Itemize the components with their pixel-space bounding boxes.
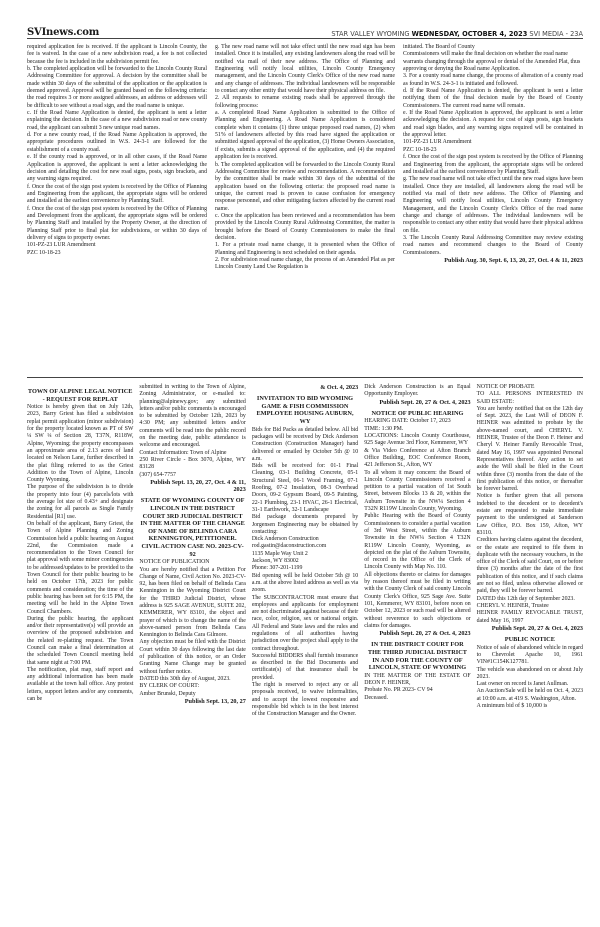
notice-paragraph: submitted in writing to the Town of Alpi… xyxy=(139,384,245,450)
page-header: SVInews.com STAR VALLEY WYOMING WEDNESDA… xyxy=(27,24,583,39)
notice-paragraph: To all whom it may concern: the Board of… xyxy=(364,470,470,514)
notice-paragraph: TIME: 1:30 PM. xyxy=(364,426,470,433)
notice-paragraph: LOCATIONS: Lincoln County Courthouse, 92… xyxy=(364,433,470,448)
notice-paragraph: DATED this 30th day of August, 2023. xyxy=(139,676,245,683)
bottom-column-3: & Oct. 4, 2023 INVITATION TO BID WYOMING… xyxy=(252,384,358,719)
notice-paragraph: Bids for Bid Packs as detailed below. Al… xyxy=(252,427,358,463)
notice-heading: IN THE DISTRICT COURT FOR THE THIRD JUDI… xyxy=(364,641,470,671)
bottom-column-4: Dick Anderson Construction is an Equal O… xyxy=(364,384,470,719)
notice-paragraph: f. Once the cost of the sign post system… xyxy=(27,184,207,206)
notice-paragraph: The SUBCONTRACTOR must ensure that emplo… xyxy=(252,595,358,653)
notice-heading: STATE OF WYOMING COUNTY OF LINCOLN IN TH… xyxy=(139,497,245,558)
notice-paragraph: f. Once the cost of the sign post system… xyxy=(403,154,583,176)
notice-paragraph: IN THE MATTER OF THE ESTATE OF DEON F. H… xyxy=(364,673,470,688)
notice-paragraph: b. The completed application will be for… xyxy=(27,66,207,110)
notice-paragraph: f. Once the cost of the sign post system… xyxy=(27,206,207,243)
notice-paragraph: warrants changing through the approval o… xyxy=(403,59,583,66)
notice-paragraph: DATED this 12th day of September 2023. xyxy=(477,596,583,603)
notice-paragraph: Bid opening will be held October 5th @ 1… xyxy=(252,573,358,595)
notice-paragraph: All objections thereto or claims for dam… xyxy=(364,572,470,630)
top-column-1: required application fee is received. If… xyxy=(27,44,207,272)
notice-paragraph: g. The new road name will not take effec… xyxy=(403,176,583,235)
notice-paragraph: Notice is further given that all persons… xyxy=(477,493,583,537)
notice-paragraph: 2. All requests to rename existing roads… xyxy=(215,95,395,110)
notice-paragraph: rod.gastin@daconstruction.com xyxy=(252,543,358,550)
notice-paragraph: Dick Anderson Construction xyxy=(252,536,358,543)
notice-heading: INVITATION TO BID WYOMING GAME & FISH CO… xyxy=(252,395,358,425)
notice-paragraph: e. If the county road is approved, or in… xyxy=(27,154,207,183)
publish-line: Publish Sept. 13, 20, 27, Oct. 4 & 11, 2… xyxy=(139,479,245,494)
publish-line: Publish Aug. 30, Sept. 6, 13, 20, 27, Oc… xyxy=(403,257,583,264)
notice-paragraph: Public Hearing with the Board of County … xyxy=(364,513,470,571)
bottom-column-2: submitted in writing to the Town of Alpi… xyxy=(139,384,245,719)
notice-heading: PUBLIC NOTICE xyxy=(477,636,583,644)
notice-paragraph: (307) 654-7757 xyxy=(139,472,245,479)
site-name[interactable]: SVInews.com xyxy=(27,27,99,38)
publish-line: Publish Sept. 20, 27 & Oct. 4, 2023 xyxy=(364,630,470,637)
notice-paragraph: 3. For a county road name change, the pr… xyxy=(403,73,583,88)
notice-paragraph: a. A completed Road Name Application is … xyxy=(215,110,395,161)
notice-paragraph: A minimum bid of $ 10,000 is xyxy=(477,703,583,710)
notice-paragraph: NOTICE OF PUBLICATION xyxy=(139,559,245,566)
legal-notices: TOWN OF ALPINE LEGAL NOTICE - REQUEST FO… xyxy=(27,384,583,719)
notice-paragraph: 2. For subdivision road name change, the… xyxy=(215,257,395,272)
notice-paragraph: e. If the Road Name Application is appro… xyxy=(403,110,583,139)
notice-paragraph: 3. The Lincoln County Rural Addressing C… xyxy=(403,235,583,257)
notice-paragraph: Dick Anderson Construction is an Equal O… xyxy=(364,384,470,399)
notice-paragraph: Bid package documents prepared by Jorgen… xyxy=(252,514,358,536)
notice-paragraph: You are hereby notified that on the 12th… xyxy=(477,406,583,494)
notice-paragraph: Notice of sale of abandoned vehicle in r… xyxy=(477,645,583,667)
notice-paragraph: HEARING DATE: October 17, 2023 xyxy=(364,418,470,425)
publish-line: Publish Sept. 13, 20, 27 xyxy=(139,698,245,705)
notice-paragraph: Any objection must be filed with the Dis… xyxy=(139,639,245,675)
notice-paragraph: 250 River Circle - Box 3070, Alpine, WY … xyxy=(139,457,245,472)
notice-paragraph: Amber Brunski, Deputy xyxy=(139,691,245,698)
notice-paragraph: Jackson, WY 83002 xyxy=(252,558,358,565)
top-column-3: initiated. The Board of CountyCommission… xyxy=(403,44,583,272)
notice-paragraph: Commissioners will make the final decisi… xyxy=(403,51,583,58)
notice-paragraph: Deceased. xyxy=(364,695,470,702)
notice-paragraph: The notification, plat map, staff report… xyxy=(27,667,133,703)
notice-paragraph: 101-PZ-23 LUR Amendment xyxy=(403,139,583,146)
notice-paragraph: NOTICE OF PROBATE xyxy=(477,384,583,391)
notice-paragraph: Last owner on record is Janet Aullman. xyxy=(477,681,583,688)
notice-paragraph: HEINER FAMILY REVOCABLE TRUST, dated May… xyxy=(477,610,583,625)
publish-line: Publish Sept. 20, 27 & Oct. 4, 2023 xyxy=(364,399,470,406)
notice-paragraph: g. The new road name will not take effec… xyxy=(215,44,395,95)
notice-paragraph: required application fee is received. If… xyxy=(27,44,207,66)
road-naming-regulation: required application fee is received. If… xyxy=(27,44,583,272)
notice-paragraph: Phone: 307-201-1199 xyxy=(252,565,358,572)
notice-paragraph: 1. For a private road name change, it is… xyxy=(215,242,395,257)
publish-line: & Oct. 4, 2023 xyxy=(252,384,358,391)
notice-paragraph: During the public hearing, the applicant… xyxy=(27,616,133,667)
notice-paragraph: Contact Information: Town of Alpine xyxy=(139,450,245,457)
notice-paragraph: On behalf of the applicant, Barry Griest… xyxy=(27,521,133,616)
notice-paragraph: d. For a new county road, if the Road Na… xyxy=(27,132,207,154)
notice-paragraph: Creditors having claims against the dece… xyxy=(477,537,583,595)
notice-paragraph: 1135 Maple Way Unit 2 xyxy=(252,551,358,558)
notice-paragraph: b. The completed application will be for… xyxy=(215,162,395,213)
notice-paragraph: c. Once the application has been reviewe… xyxy=(215,213,395,242)
top-column-2: g. The new road name will not take effec… xyxy=(215,44,395,272)
notice-paragraph: The purpose of the subdivision is to div… xyxy=(27,484,133,520)
bottom-column-1: TOWN OF ALPINE LEGAL NOTICE - REQUEST FO… xyxy=(27,384,133,719)
notice-paragraph: c. If the Road Name Application is denie… xyxy=(27,110,207,132)
notice-paragraph: Probate No. PR 2023- CV 94 xyxy=(364,687,470,694)
notice-paragraph: BY CLERK OF COURT: xyxy=(139,683,245,690)
notice-heading: NOTICE OF PUBLIC HEARING xyxy=(364,410,470,418)
notice-paragraph: The vehicle was abandoned on or about Ju… xyxy=(477,667,583,682)
publish-line: Publish Sept. 20, 27 & Oct. 4, 2023 xyxy=(477,625,583,632)
bottom-column-5: NOTICE OF PROBATETO ALL PERSONS INTEREST… xyxy=(477,384,583,719)
notice-paragraph: An Auction/Sale will be held on Oct. 4, … xyxy=(477,688,583,703)
notice-paragraph: CHERYL V. HEINER, Trustee xyxy=(477,603,583,610)
notice-paragraph: 101-PZ-23 LUR Amendment xyxy=(27,242,207,249)
notice-paragraph: You are hereby notified that a Petition … xyxy=(139,567,245,640)
notice-paragraph: & Via Video Conference at Afton Branch O… xyxy=(364,448,470,470)
notice-paragraph: Successful BIDDERS shall furnish insuran… xyxy=(252,653,358,682)
notice-paragraph: The right is reserved to reject any or a… xyxy=(252,682,358,718)
page-folio: STAR VALLEY WYOMING WEDNESDAY, OCTOBER 4… xyxy=(331,30,583,38)
notice-paragraph: TO ALL PERSONS INTERESTED IN SAID ESTATE… xyxy=(477,391,583,406)
notice-paragraph: Bids will be received for: 01-1 Final Cl… xyxy=(252,463,358,514)
section-divider xyxy=(27,377,583,378)
notice-paragraph: PZC 10-18-23 xyxy=(27,250,207,257)
notice-paragraph: d. If the Road Name Application is denie… xyxy=(403,88,583,110)
notice-heading: TOWN OF ALPINE LEGAL NOTICE - REQUEST FO… xyxy=(27,388,133,403)
notice-paragraph: Notice is hereby given that on July 12th… xyxy=(27,404,133,484)
